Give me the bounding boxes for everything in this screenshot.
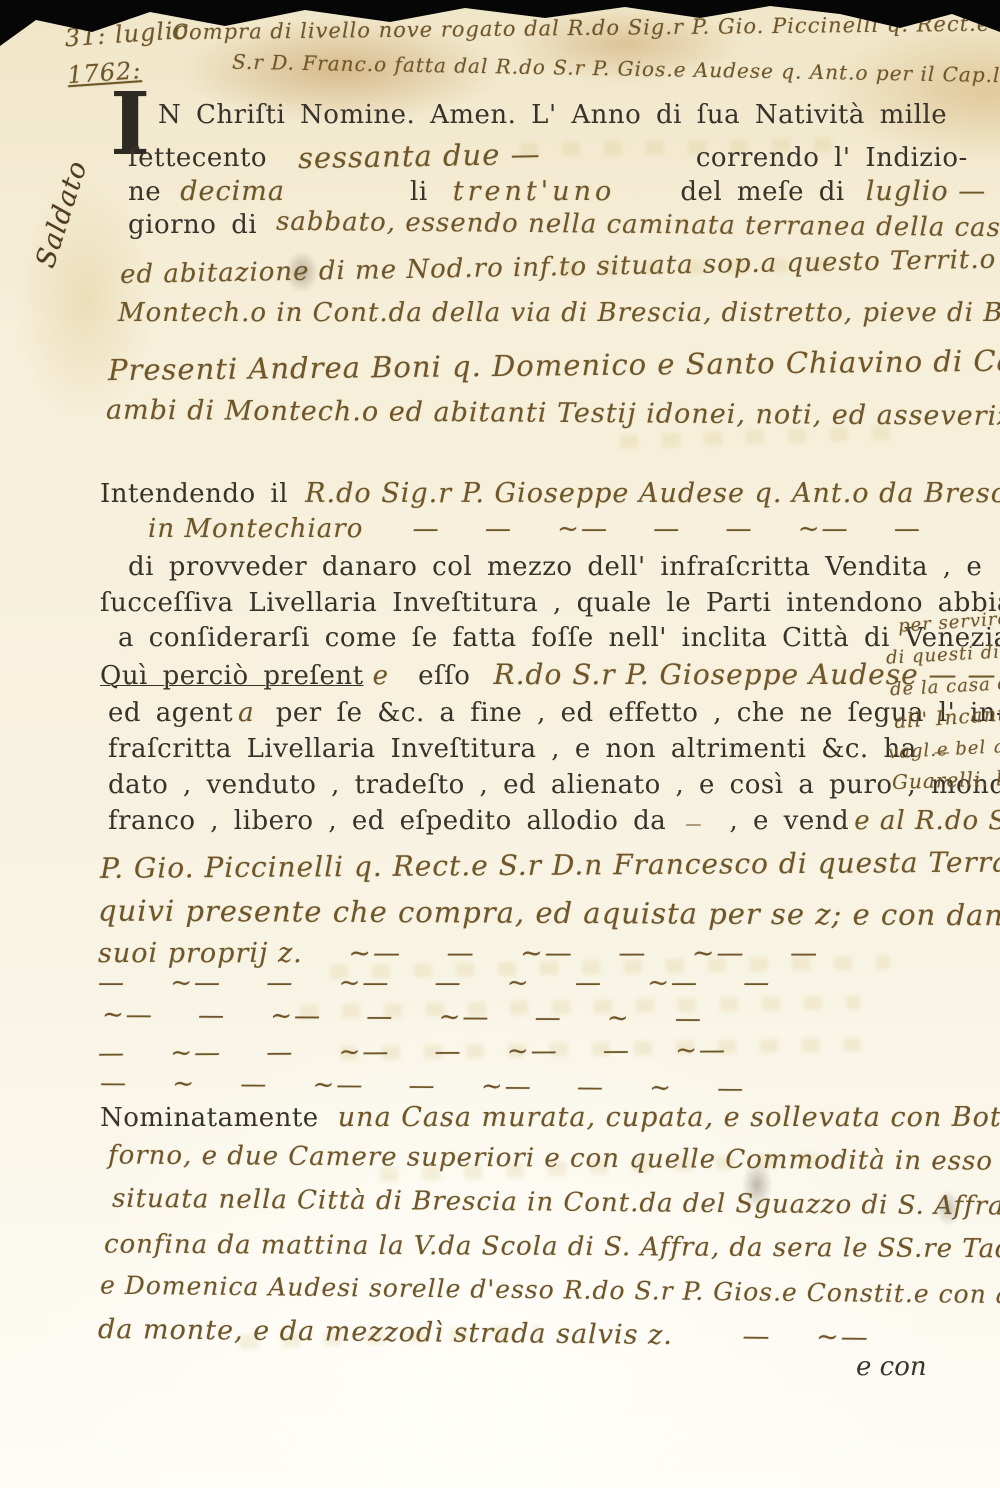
printed-line: ſucceſſiva Livellaria Inveſtitura , qual…: [100, 588, 1000, 618]
printed-text: ed agent: [108, 698, 233, 728]
handwritten-text: situata nella Città di Brescia in Cont.d…: [112, 1184, 1000, 1223]
vertical-margin-note: Saldato: [30, 157, 94, 272]
handwritten-line: confina da mattina la V.da Scola di S. A…: [104, 1230, 1000, 1265]
dash-filler: ~— — ~— — ~— —: [348, 938, 819, 969]
handwritten-text: luglio —: [866, 176, 986, 207]
dash-filler-line: — ~— — ~— — ~— — ~—: [98, 1035, 727, 1068]
handwritten-text: P. Gio. Piccinelli q. Rect.e S.r D.n Fra…: [100, 844, 1000, 885]
dash-filler: — ~— — ~— — ~ — ~— —: [98, 968, 771, 998]
mixed-line: franco , libero , ed eſpedito allodio da…: [108, 806, 1000, 836]
header-note-line: Compra di livello nove rogato dal R.do S…: [172, 12, 990, 45]
document-scan: 31: luglio 1762: Compra di livello nove …: [0, 0, 1000, 1488]
printed-line: N Chriſti Nomine. Amen. L' Anno di ſua N…: [158, 100, 947, 130]
mixed-line: Quì perciò preſent e eſſo R.do S.r P. Gi…: [100, 658, 996, 691]
printed-text: Intendendo il: [100, 479, 288, 509]
printed-text: ne: [128, 177, 161, 207]
header-note-line: S.r D. Franc.o fatta dal R.do S.r P. Gio…: [232, 50, 1000, 91]
printed-text: , e vend: [730, 806, 850, 836]
mixed-line: fraſcritta Livellaria Inveſtitura , e no…: [108, 734, 951, 764]
printed-text: Quì perciò preſent: [100, 661, 364, 691]
handwritten-text: una Casa murata, cupata, e sollevata con…: [338, 1102, 1000, 1133]
handwritten-text: sessanta due —: [298, 137, 541, 175]
printed-text: ſettecento: [128, 143, 267, 173]
handwritten-line: e Domenica Audesi sorelle d'esso R.do S.…: [100, 1271, 1000, 1311]
printed-text: a conſiderarſi come ſe fatta foſſe nell'…: [118, 623, 1000, 653]
handwritten-line: ambi di Montech.o ed abitanti Testij ido…: [106, 395, 1000, 433]
printed-text: N Chriſti Nomine. Amen. L' Anno di ſua N…: [158, 100, 947, 130]
handwritten-line: quivi presente che compra, ed aquista pe…: [98, 894, 1000, 933]
mixed-line: Nominatamente una Casa murata, cupata, e…: [100, 1102, 1000, 1133]
printed-text: per ſe &c. a fine , ed effetto , che ne …: [276, 698, 1000, 728]
mixed-line: ſettecento sessanta due — correndo l' In…: [128, 139, 968, 173]
handwritten-line: ed abitazione di me Nod.ro inf.to situat…: [120, 244, 1000, 290]
handwritten-line: in Montechiaro — — ~— — — ~— —: [148, 514, 922, 544]
dash-filler: ~— — ~— — ~— — ~ —: [102, 1000, 703, 1034]
printed-text: di provveder danaro col mezzo dell' infr…: [128, 552, 982, 582]
mixed-line: ne decima li trent'uno del meſe di lugli…: [128, 176, 986, 207]
handwritten-text: ed abitazione di me Nod.ro inf.to situat…: [120, 244, 1000, 290]
handwritten-line: suoi proprij z. ~— — ~— — ~— —: [98, 938, 819, 969]
dash-filler: — ~— — ~— — ~— — ~—: [98, 1035, 727, 1068]
handwritten-text: suoi proprij z.: [98, 938, 303, 969]
handwritten-text: R.do Sig.r P. Gioseppe Audese q. Ant.o d…: [305, 478, 1000, 509]
handwritten-text: e Domenica Audesi sorelle d'esso R.do S.…: [100, 1271, 1000, 1311]
handwritten-line: P. Gio. Piccinelli q. Rect.e S.r D.n Fra…: [100, 844, 1000, 885]
handwritten-text: sabbato, essendo nella caminata terranea…: [276, 207, 1000, 243]
handwritten-text: confina da mattina la V.da Scola di S. A…: [104, 1230, 1000, 1265]
printed-text: li: [410, 177, 428, 207]
dash-filler-line: ~— — ~— — ~— — ~ —: [102, 1000, 703, 1034]
handwritten-text: e: [373, 661, 389, 691]
document-page: 31: luglio 1762: Compra di livello nove …: [0, 0, 1000, 1488]
printed-text: Nominatamente: [100, 1103, 319, 1133]
handwritten-line: da monte, e da mezzodì strada salvis z. …: [98, 1314, 870, 1353]
handwritten-line: forno, e due Camere superiori e con quel…: [108, 1140, 1000, 1177]
printed-line: dato , venduto , tradeſto , ed alienato …: [108, 770, 1000, 800]
printed-text: giorno di: [128, 210, 257, 240]
printed-text: ſucceſſiva Livellaria Inveſtitura , qual…: [100, 588, 1000, 618]
handwritten-line: Montech.o in Cont.da della via di Bresci…: [118, 298, 1000, 328]
printed-line: a conſiderarſi come ſe fatta foſſe nell'…: [118, 623, 1000, 653]
mixed-line: giorno di sabbato, essendo nella caminat…: [128, 210, 1000, 240]
printed-text: eſſo: [418, 661, 470, 691]
handwritten-line: situata nella Città di Brescia in Cont.d…: [112, 1184, 1000, 1223]
printed-text: del meſe di: [680, 177, 844, 207]
mixed-line: Intendendo il R.do Sig.r P. Gioseppe Aud…: [100, 478, 1000, 509]
dash-filler-line: — ~— — ~— — ~ — ~— —: [98, 968, 771, 998]
handwritten-text: decima: [180, 176, 285, 207]
catchword: e con: [856, 1352, 927, 1382]
handwritten-text: da monte, e da mezzodì strada salvis z.: [98, 1314, 673, 1351]
handwritten-text: Montech.o in Cont.da della via di Bresci…: [118, 298, 1000, 328]
handwritten-text: in Montechiaro: [148, 514, 363, 544]
handwritten-text: ambi di Montech.o ed abitanti Testij ido…: [106, 395, 1000, 433]
handwritten-text: trent'uno: [453, 176, 615, 207]
printed-text: franco , libero , ed eſpedito allodio da: [108, 806, 666, 836]
dash-filler: — ~—: [742, 1321, 870, 1353]
handwritten-text: —: [685, 814, 702, 833]
catchword-text: e con: [856, 1352, 927, 1382]
handwritten-text: forno, e due Camere superiori e con quel…: [108, 1140, 1000, 1177]
printed-line: di provveder danaro col mezzo dell' infr…: [128, 552, 982, 582]
mixed-line: ed agent a per ſe &c. a fine , ed effett…: [108, 698, 1000, 728]
dash-filler: — — ~— — — ~— —: [413, 514, 922, 544]
dash-filler-line: — ~ — ~— — ~— — ~ —: [100, 1068, 746, 1104]
margin-note: Guarelli. l.: [892, 766, 1000, 794]
handwritten-text: quivi presente che compra, ed aquista pe…: [98, 894, 1000, 933]
dash-filler: — ~ — ~— — ~— — ~ —: [100, 1068, 746, 1104]
handwritten-text: Presenti Andrea Boni q. Domenico e Santo…: [108, 343, 1000, 387]
handwritten-line: Presenti Andrea Boni q. Domenico e Santo…: [108, 343, 1000, 387]
handwritten-text: e al R.do Sig.r: [854, 806, 1000, 836]
printed-text: fraſcritta Livellaria Inveſtitura , e no…: [108, 734, 917, 764]
printed-text: correndo l' Indizio-: [696, 143, 968, 173]
handwritten-text: a: [238, 698, 255, 728]
printed-text: dato , venduto , tradeſto , ed alienato …: [108, 770, 1000, 800]
